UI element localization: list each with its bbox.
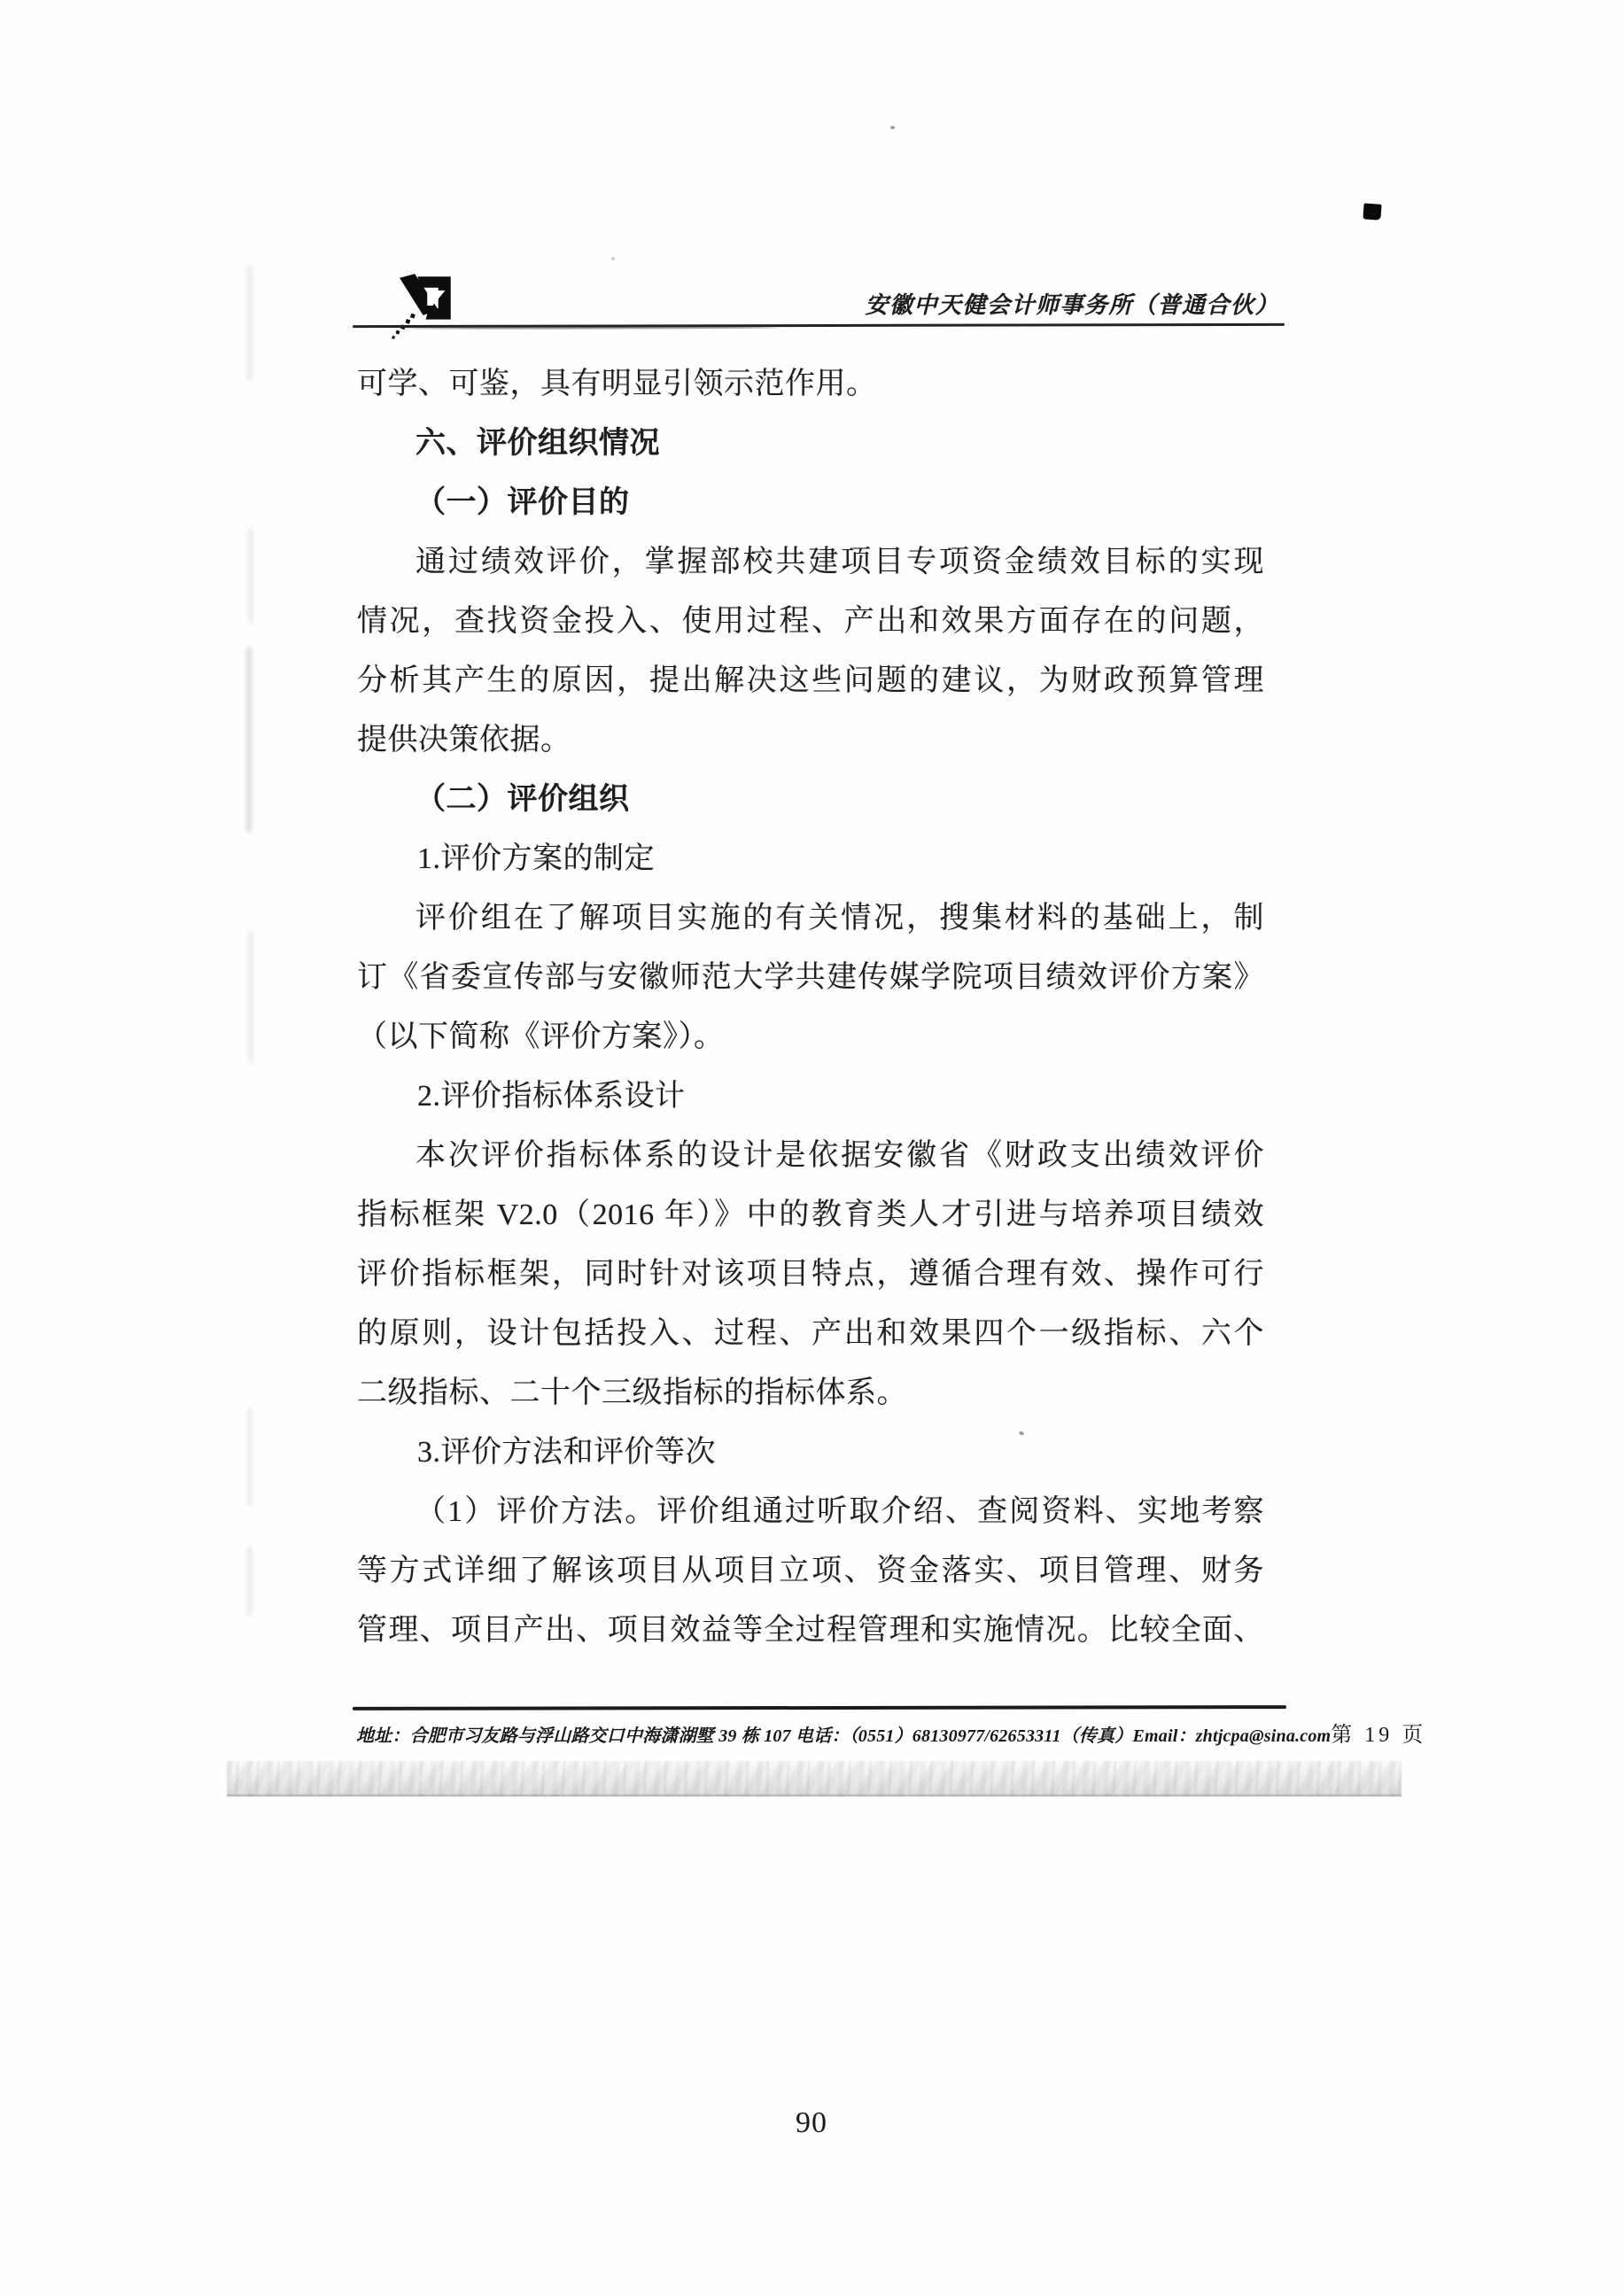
document-page: 安徽中天健会计师事务所（普通合伙） 可学、可鉴，具有明显引领示范作用。六、评价组… xyxy=(0,0,1623,2296)
text-line: （以下简称《评价方案》）。 xyxy=(357,1007,1264,1067)
page-number: 90 xyxy=(0,2106,1623,2140)
footer-divider xyxy=(353,1705,1286,1710)
text-line: 提供决策依据。 xyxy=(357,710,1264,770)
text-line: 可学、可鉴，具有明显引领示范作用。 xyxy=(357,354,1264,414)
scan-streak xyxy=(246,266,252,381)
text-line: 订《省委宣传部与安徽师范大学共建传媒学院项目绩效评价方案》 xyxy=(357,948,1264,1007)
text-line: 六、评价组织情况 xyxy=(357,414,1264,473)
scan-noise-band xyxy=(227,1761,1402,1796)
footer-address-contact: 地址：合肥市习友路与浮山路交口中海潇湖墅 39 栋 107 电话：（0551）6… xyxy=(356,1721,1331,1747)
text-line: 2.评价指标体系设计 xyxy=(357,1067,1264,1126)
text-line: 3.评价方法和评价等次 xyxy=(357,1423,1264,1482)
footer: 地址：合肥市习友路与浮山路交口中海潇湖墅 39 栋 107 电话：（0551）6… xyxy=(356,1717,1286,1748)
scan-streak xyxy=(248,930,253,1063)
text-line: 通过绩效评价，掌握部校共建项目专项资金绩效目标的实现 xyxy=(357,532,1264,592)
text-line: （二）评价组织 xyxy=(357,770,1264,829)
text-line: 1.评价方案的制定 xyxy=(357,829,1264,888)
scan-streak xyxy=(246,1546,252,1617)
text-line: 的原则，设计包括投入、过程、产出和效果四个一级指标、六个 xyxy=(357,1304,1264,1363)
text-line: 二级指标、二十个三级指标的指标体系。 xyxy=(357,1363,1264,1423)
text-line: 评价组在了解项目实施的有关情况，搜集材料的基础上，制 xyxy=(357,888,1264,948)
text-line: 情况，查找资金投入、使用过程、产出和效果方面存在的问题， xyxy=(357,592,1264,651)
scan-streak xyxy=(245,647,252,833)
text-line: （1）评价方法。评价组通过听取介绍、查阅资料、实地考察 xyxy=(357,1482,1264,1541)
body-text: 可学、可鉴，具有明显引领示范作用。六、评价组织情况（一）评价目的通过绩效评价，掌… xyxy=(357,354,1264,1660)
scan-streak xyxy=(248,527,253,624)
text-line: 本次评价指标体系的设计是依据安徽省《财政支出绩效评价 xyxy=(357,1126,1264,1185)
header-divider xyxy=(353,323,1285,328)
scan-artifact-mark xyxy=(1363,203,1381,220)
scan-streak xyxy=(247,1408,252,1506)
firm-logo-icon xyxy=(387,273,456,351)
footer-page-label: 第 19 页 xyxy=(1331,1717,1426,1748)
text-line: 分析其产生的原因，提出解决这些问题的建议，为财政预算管理 xyxy=(357,651,1264,710)
text-line: （一）评价目的 xyxy=(357,473,1264,532)
text-line: 评价指标框架，同时针对该项目特点，遵循合理有效、操作可行 xyxy=(357,1245,1264,1304)
header-firm-name: 安徽中天健会计师事务所（普通合伙） xyxy=(865,287,1279,320)
text-line: 管理、项目产出、项目效益等全过程管理和实施情况。比较全面、 xyxy=(357,1601,1264,1660)
scan-speck xyxy=(890,126,895,129)
text-line: 等方式详细了解该项目从项目立项、资金落实、项目管理、财务 xyxy=(357,1541,1264,1601)
scan-speck xyxy=(611,257,615,260)
text-line: 指标框架 V2.0（2016 年）》中的教育类人才引进与培养项目绩效 xyxy=(357,1185,1264,1245)
